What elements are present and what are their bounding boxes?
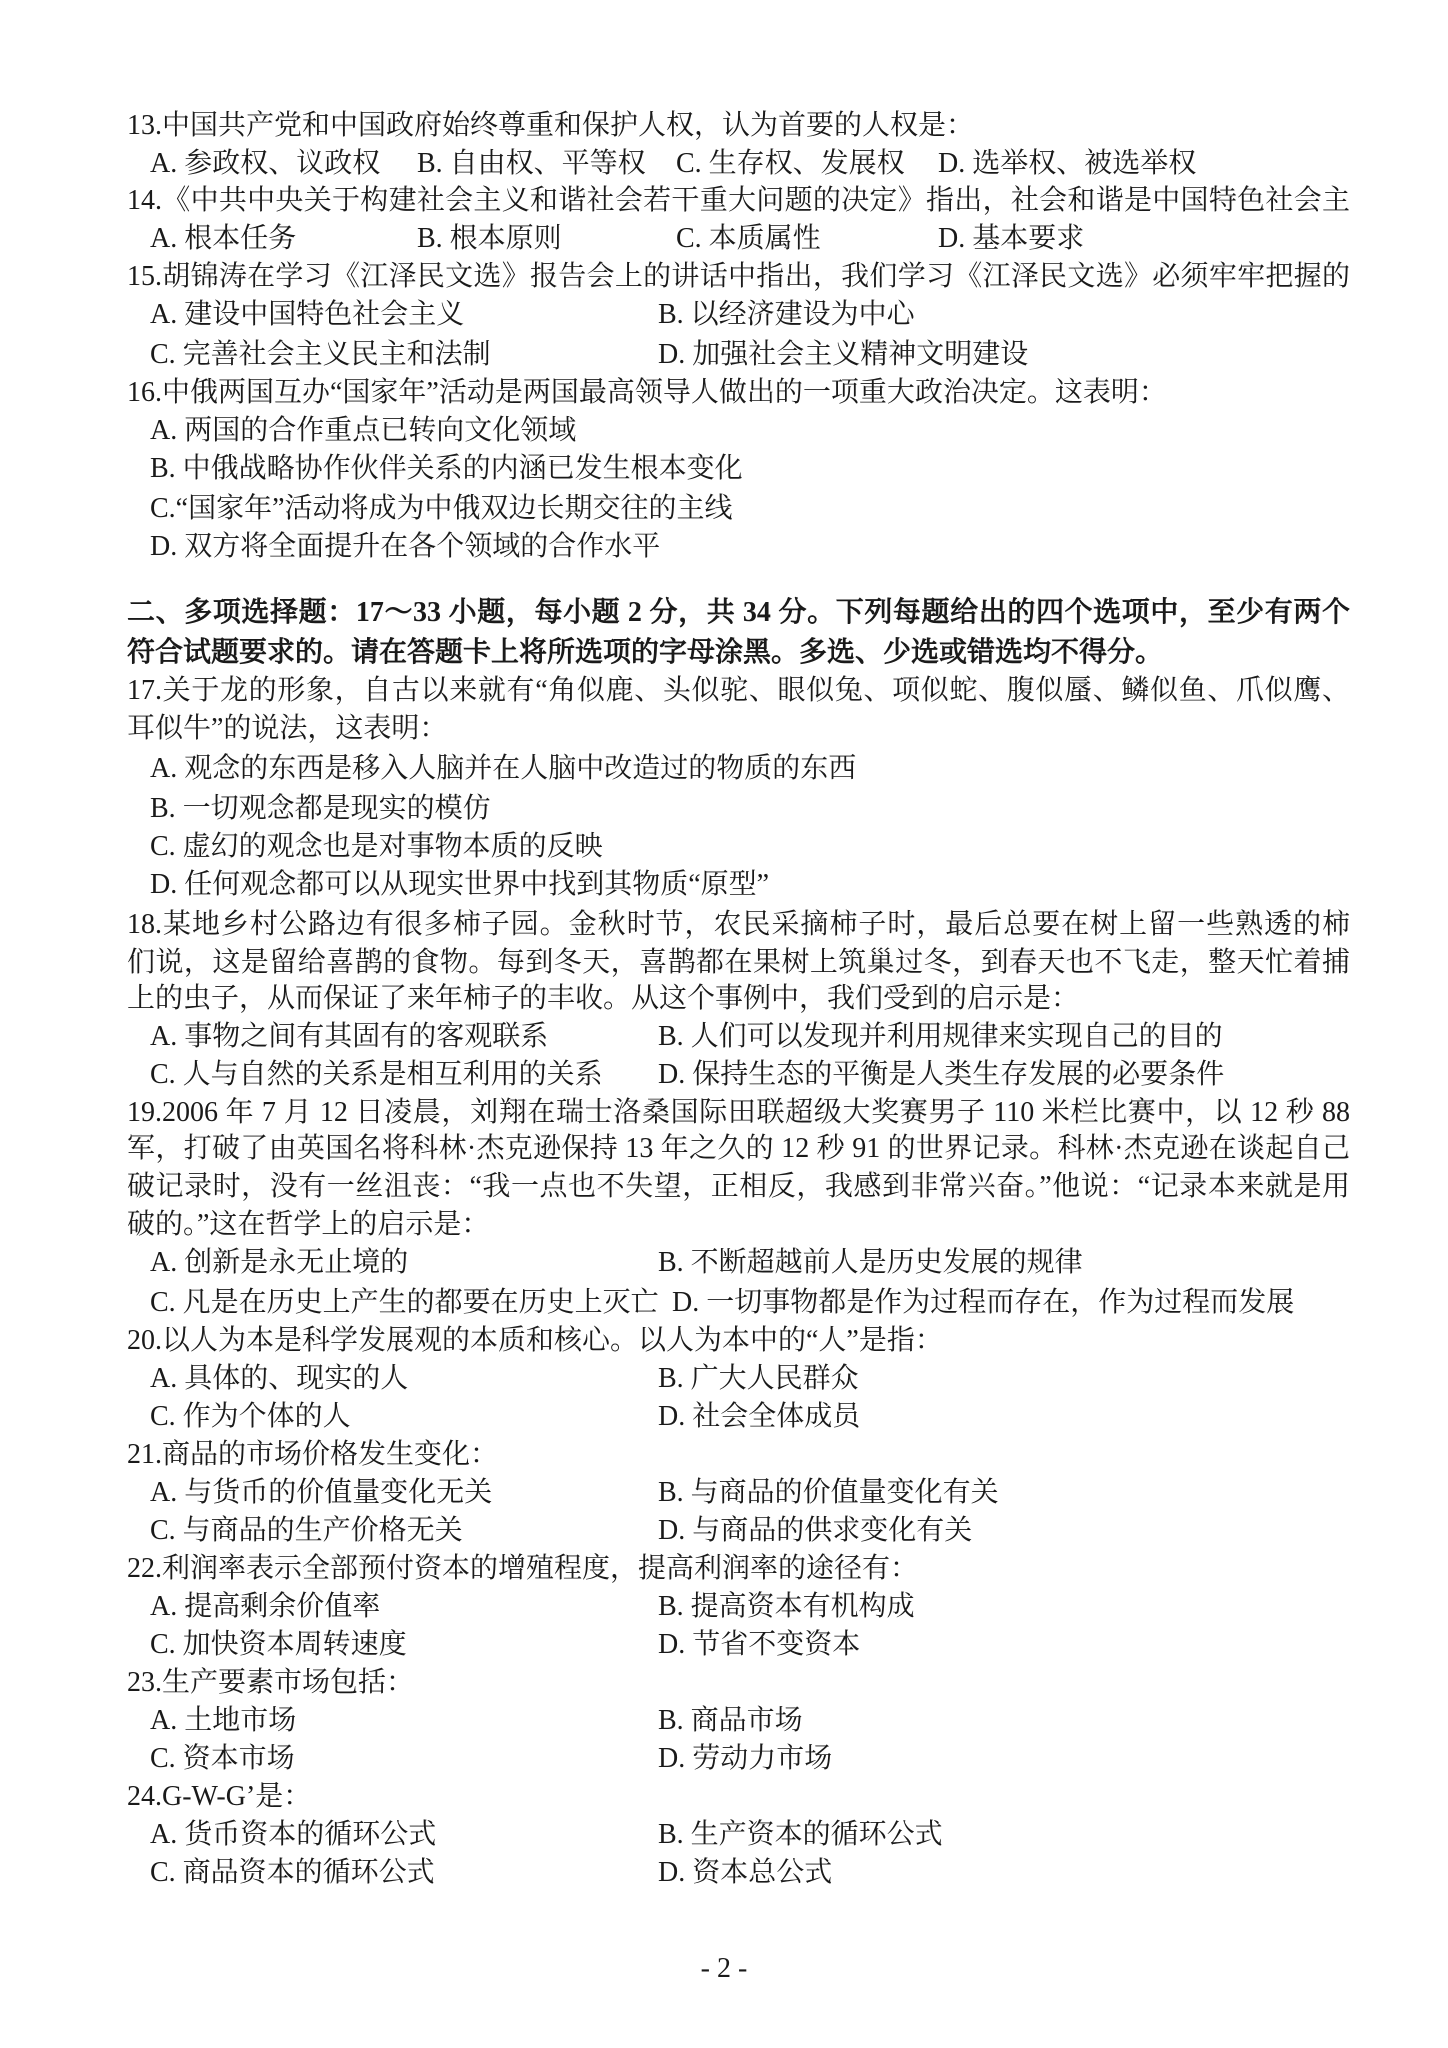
question-19-stem-line-2: 军，打破了由英国名将科林·杰克逊保持 13 年之久的 12 秒 91 的世界记录…	[127, 1130, 1350, 1170]
question-14-option-a: A. 根本任务	[150, 220, 296, 258]
question-19-option-a: A. 创新是永无止境的	[150, 1244, 408, 1282]
question-19-stem-line-4: 破的。”这在哲学上的启示是：	[127, 1206, 489, 1246]
question-22-option-c: C. 加快资本周转速度	[150, 1626, 407, 1664]
question-14-options-row: A. 根本任务 B. 根本原则 C. 本质属性 D. 基本要求	[0, 220, 1448, 260]
question-21-options-row-cd: C. 与商品的生产价格无关 D. 与商品的供求变化有关	[0, 1512, 1448, 1552]
question-18-option-a: A. 事物之间有其固有的客观联系	[150, 1018, 548, 1056]
question-19-stem-line-3: 破记录时，没有一丝沮丧：“我一点也不失望，正相反，我感到非常兴奋。”他说：“记录…	[127, 1168, 1350, 1208]
question-19-options-row-cd: C. 凡是在历史上产生的都要在历史上灭亡 D. 一切事物都是作为过程而存在，作为…	[0, 1284, 1448, 1324]
question-13-option-b: B. 自由权、平等权	[417, 145, 646, 183]
question-18-stem-line-3: 上的虫子，从而保证了来年柿子的丰收。从这个事例中，我们受到的启示是：	[127, 980, 1079, 1020]
question-21-option-b: B. 与商品的价值量变化有关	[658, 1474, 999, 1512]
section-2-heading-line-1: 二、多项选择题：17～33 小题，每小题 2 分，共 34 分。下列每题给出的四…	[127, 594, 1350, 634]
question-22-option-d: D. 节省不变资本	[658, 1626, 860, 1664]
question-20-option-c: C. 作为个体的人	[150, 1398, 351, 1436]
question-14-option-c: C. 本质属性	[676, 220, 821, 258]
question-18-option-c: C. 人与自然的关系是相互利用的关系	[150, 1056, 603, 1094]
question-15-option-b: B. 以经济建设为中心	[658, 296, 915, 334]
question-15-stem: 15.胡锦涛在学习《江泽民文选》报告会上的讲话中指出，我们学习《江泽民文选》必须…	[127, 258, 1350, 298]
question-19-option-b: B. 不断超越前人是历史发展的规律	[658, 1244, 1083, 1282]
question-23-stem: 23.生产要素市场包括：	[127, 1664, 414, 1704]
question-20-options-row-ab: A. 具体的、现实的人 B. 广大人民群众	[0, 1360, 1448, 1400]
page-number: - 2 -	[0, 1950, 1448, 1988]
question-22-options-row-ab: A. 提高剩余价值率 B. 提高资本有机构成	[0, 1588, 1448, 1628]
question-14-option-d: D. 基本要求	[938, 220, 1084, 258]
question-19-option-d: D. 一切事物都是作为过程而存在，作为过程而发展	[672, 1284, 1294, 1322]
question-18-stem-line-2: 们说，这是留给喜鹊的食物。每到冬天，喜鹊都在果树上筑巢过冬，到春天也不飞走，整天…	[127, 944, 1350, 984]
question-16-option-d: D. 双方将全面提升在各个领域的合作水平	[150, 528, 660, 568]
question-13-options-row: A. 参政权、议政权 B. 自由权、平等权 C. 生存权、发展权 D. 选举权、…	[0, 145, 1448, 185]
question-21-options-row-ab: A. 与货币的价值量变化无关 B. 与商品的价值量变化有关	[0, 1474, 1448, 1514]
question-15-option-d: D. 加强社会主义精神文明建设	[658, 336, 1028, 374]
question-18-option-d: D. 保持生态的平衡是人类生存发展的必要条件	[658, 1056, 1224, 1094]
question-21-stem: 21.商品的市场价格发生变化：	[127, 1436, 498, 1476]
question-19-option-c: C. 凡是在历史上产生的都要在历史上灭亡	[150, 1284, 659, 1322]
question-22-options-row-cd: C. 加快资本周转速度 D. 节省不变资本	[0, 1626, 1448, 1666]
question-22-stem: 22.利润率表示全部预付资本的增殖程度，提高利润率的途径有：	[127, 1550, 918, 1590]
question-13-stem: 13.中国共产党和中国政府始终尊重和保护人权，认为首要的人权是：	[127, 107, 974, 147]
question-17-stem-line-2: 耳似牛”的说法，这表明：	[127, 710, 447, 750]
question-15-options-row-ab: A. 建设中国特色社会主义 B. 以经济建设为中心	[0, 296, 1448, 336]
question-24-option-b: B. 生产资本的循环公式	[658, 1816, 943, 1854]
question-16-stem: 16.中俄两国互办“国家年”活动是两国最高领导人做出的一项重大政治决定。这表明：	[127, 374, 1167, 414]
question-18-options-row-cd: C. 人与自然的关系是相互利用的关系 D. 保持生态的平衡是人类生存发展的必要条…	[0, 1056, 1448, 1096]
section-2-heading-line-2: 符合试题要求的。请在答题卡上将所选项的字母涂黑。多选、少选或错选均不得分。	[127, 634, 1163, 674]
question-23-option-d: D. 劳动力市场	[658, 1740, 832, 1778]
question-23-options-row-ab: A. 土地市场 B. 商品市场	[0, 1702, 1448, 1742]
question-18-stem-line-1: 18.某地乡村公路边有很多柿子园。金秋时节，农民采摘柿子时，最后总要在树上留一些…	[127, 906, 1350, 946]
question-21-option-d: D. 与商品的供求变化有关	[658, 1512, 972, 1550]
question-17-option-a: A. 观念的东西是移入人脑并在人脑中改造过的物质的东西	[150, 750, 856, 790]
question-18-option-b: B. 人们可以发现并利用规律来实现自己的目的	[658, 1018, 1223, 1056]
question-24-option-a: A. 货币资本的循环公式	[150, 1816, 436, 1854]
exam-page: 13.中国共产党和中国政府始终尊重和保护人权，认为首要的人权是： A. 参政权、…	[0, 0, 1448, 2048]
question-13-option-a: A. 参政权、议政权	[150, 145, 380, 183]
question-23-options-row-cd: C. 资本市场 D. 劳动力市场	[0, 1740, 1448, 1780]
question-13-option-c: C. 生存权、发展权	[676, 145, 905, 183]
question-20-option-d: D. 社会全体成员	[658, 1398, 860, 1436]
question-14-option-b: B. 根本原则	[417, 220, 562, 258]
question-21-option-a: A. 与货币的价值量变化无关	[150, 1474, 492, 1512]
question-15-options-row-cd: C. 完善社会主义民主和法制 D. 加强社会主义精神文明建设	[0, 336, 1448, 376]
question-15-option-c: C. 完善社会主义民主和法制	[150, 336, 491, 374]
question-20-stem: 20.以人为本是科学发展观的本质和核心。以人为本中的“人”是指：	[127, 1322, 943, 1362]
question-17-option-b: B. 一切观念都是现实的模仿	[150, 790, 491, 830]
question-18-options-row-ab: A. 事物之间有其固有的客观联系 B. 人们可以发现并利用规律来实现自己的目的	[0, 1018, 1448, 1058]
question-15-option-a: A. 建设中国特色社会主义	[150, 296, 464, 334]
question-24-options-row-ab: A. 货币资本的循环公式 B. 生产资本的循环公式	[0, 1816, 1448, 1856]
question-20-option-a: A. 具体的、现实的人	[150, 1360, 408, 1398]
question-23-option-b: B. 商品市场	[658, 1702, 803, 1740]
question-22-option-a: A. 提高剩余价值率	[150, 1588, 380, 1626]
question-16-option-a: A. 两国的合作重点已转向文化领域	[150, 412, 576, 452]
question-22-option-b: B. 提高资本有机构成	[658, 1588, 915, 1626]
question-24-option-c: C. 商品资本的循环公式	[150, 1854, 435, 1892]
question-20-option-b: B. 广大人民群众	[658, 1360, 859, 1398]
question-23-option-a: A. 土地市场	[150, 1702, 296, 1740]
question-19-stem-line-1: 19.2006 年 7 月 12 日凌晨，刘翔在瑞士洛桑国际田联超级大奖赛男子 …	[127, 1094, 1350, 1134]
question-13-option-d: D. 选举权、被选举权	[938, 145, 1196, 183]
question-24-stem: 24.G-W-G’是：	[127, 1778, 311, 1818]
question-19-options-row-ab: A. 创新是永无止境的 B. 不断超越前人是历史发展的规律	[0, 1244, 1448, 1284]
question-24-option-d: D. 资本总公式	[658, 1854, 832, 1892]
question-16-option-b: B. 中俄战略协作伙伴关系的内涵已发生根本变化	[150, 450, 743, 490]
question-20-options-row-cd: C. 作为个体的人 D. 社会全体成员	[0, 1398, 1448, 1438]
question-17-stem-line-1: 17.关于龙的形象，自古以来就有“角似鹿、头似驼、眼似兔、项似蛇、腹似蜃、鳞似鱼…	[127, 672, 1350, 712]
question-17-option-d: D. 任何观念都可以从现实世界中找到其物质“原型”	[150, 866, 769, 906]
question-21-option-c: C. 与商品的生产价格无关	[150, 1512, 463, 1550]
question-24-options-row-cd: C. 商品资本的循环公式 D. 资本总公式	[0, 1854, 1448, 1894]
question-23-option-c: C. 资本市场	[150, 1740, 295, 1778]
question-14-stem: 14.《中共中央关于构建社会主义和谐社会若干重大问题的决定》指出，社会和谐是中国…	[127, 182, 1350, 222]
question-16-option-c: C.“国家年”活动将成为中俄双边长期交往的主线	[150, 490, 733, 530]
question-17-option-c: C. 虚幻的观念也是对事物本质的反映	[150, 828, 603, 868]
